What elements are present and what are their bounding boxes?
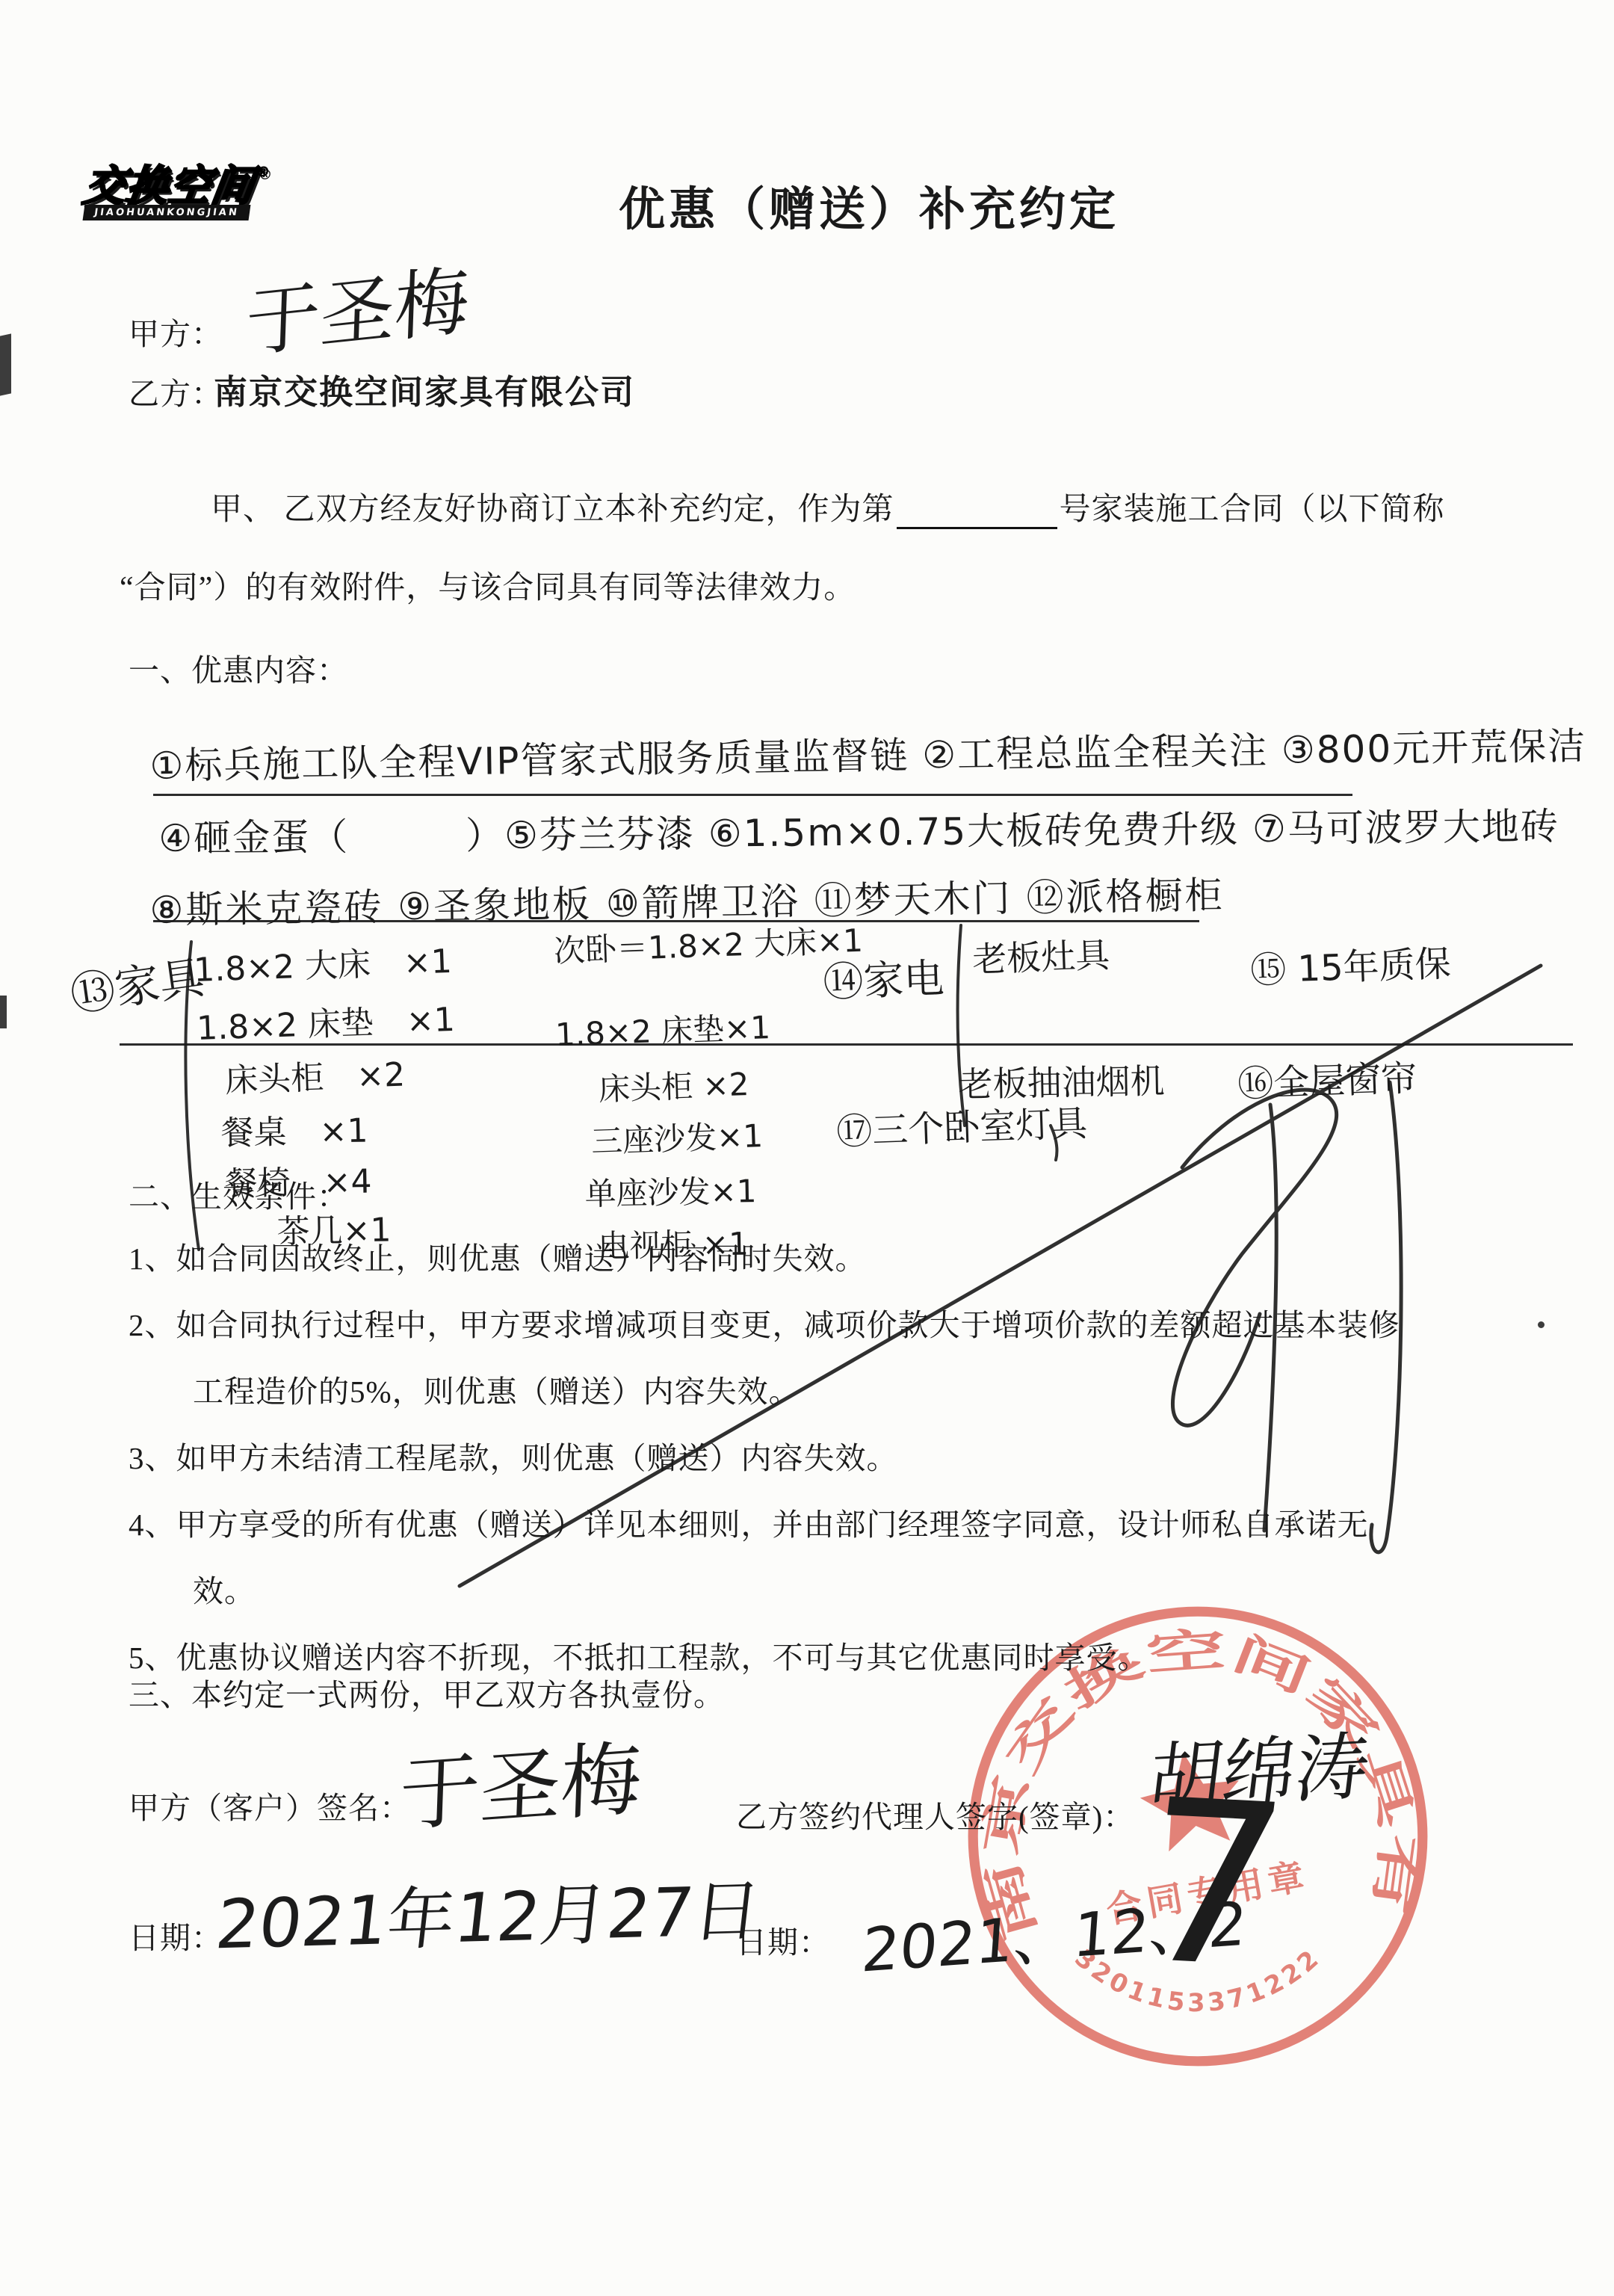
handwritten-offer-line-2: ④砸金蛋（ ）⑤芬兰芬漆 ⑥1.5m×0.75大板砖免费升级 ⑦马可波罗大地砖 [158, 797, 1559, 862]
preamble-line-1: 甲、 乙双方经友好协商订立本补充约定，作为第号家装施工合同（以下简称 [211, 484, 1445, 529]
preamble-text-a: 甲、 乙双方经友好协商订立本补充约定，作为第 [211, 493, 894, 527]
furniture-item: 单座沙发×1 [584, 1167, 757, 1215]
form-rule-line [153, 794, 1352, 796]
furniture-item: 1.8×2 床垫 ×1 [196, 993, 456, 1049]
logo-text: 交换空间 [81, 162, 258, 211]
scanned-contract-page: 交换空间® JIAOHUANKONGJIAN 优惠（赠送）补充约定 甲方： 于圣… [0, 0, 1614, 2296]
party-b-name: 南京交换空间家具有限公司 [214, 365, 635, 413]
appliance-item: 老板灶具 [971, 928, 1110, 982]
furniture-group-label: ⑬家具 [66, 942, 208, 1024]
party-b-sign-label: 乙方签约代理人签字(签章)： [736, 1792, 1134, 1836]
logo-subtext: JIAOHUANKONGJIAN [83, 205, 251, 220]
offer-extra-warranty: ⑮ 15年质保 [1249, 935, 1452, 993]
section-1-heading: 一、优惠内容： [129, 646, 348, 690]
scan-dot-artifact [1538, 1321, 1545, 1328]
logo-wordmark: 交换空间® [81, 166, 271, 208]
party-a-sign-label: 甲方（客户）签名： [129, 1783, 411, 1827]
party-b-date-label: 日期： [736, 1918, 830, 1962]
condition-item: 4、甲方享受的所有优惠（赠送）详见本细则，并由部门经理签字同意，设计师私自承诺无… [129, 1492, 1421, 1625]
condition-item: 1、如合同因故终止，则优惠（赠送）内容同时失效。 [129, 1226, 1421, 1292]
preamble-line-2: “合同”）的有效附件，与该合同具有同等法律效力。 [120, 563, 856, 608]
furniture-item: 餐桌 ×1 [220, 1104, 368, 1154]
furniture-item: 1.8×2 床垫×1 [554, 1003, 771, 1055]
party-b-date-last-digit: 7 [1127, 1770, 1296, 2000]
party-a-signature: 于圣梅 [398, 1713, 644, 1846]
condition-item: 2、如合同执行过程中，甲方要求增减项目变更，减项价款大于增项价款的差额超过基本装… [129, 1292, 1421, 1425]
page-title: 优惠（赠送）补充约定 [619, 172, 1119, 238]
party-a-label: 甲方： [129, 309, 223, 354]
offer-extra-curtains: ⑯全屋窗帘 [1237, 1049, 1417, 1107]
scan-edge-artifact [0, 333, 11, 395]
furniture-item: 三座沙发×1 [590, 1111, 764, 1162]
condition-item: 3、如甲方未结清工程尾款，则优惠（赠送）内容失效。 [129, 1425, 1421, 1492]
furniture-item: 床头柜 ×2 [224, 1048, 406, 1102]
registered-trademark-icon: ® [255, 164, 271, 180]
furniture-item: 床头柜 ×2 [598, 1060, 749, 1110]
conditions-list: 1、如合同因故终止，则优惠（赠送）内容同时失效。 2、如合同执行过程中，甲方要求… [129, 1226, 1421, 1691]
furniture-item: 1.8×2 大床 ×1 [193, 934, 453, 991]
company-logo: 交换空间® JIAOHUANKONGJIAN [84, 166, 268, 220]
party-b-label: 乙方： [129, 369, 223, 413]
appliance-group-label: ⑭家电 [822, 946, 945, 1008]
contract-number-blank [897, 496, 1057, 529]
section-2-heading: 二、生效条件： [129, 1172, 348, 1216]
party-a-date-label: 日期： [129, 1913, 223, 1957]
offer-extra-lamps: ⑰三个卧室灯具 [835, 1094, 1088, 1155]
handwritten-offer-line-1: ①标兵施工队全程VIP管家式服务质量监督链 ②工程总监全程关注 ③800元开荒保… [149, 716, 1587, 790]
section-3-text: 三、本约定一式两份，甲乙双方各执壹份。 [129, 1670, 725, 1715]
party-a-date-handwritten: 2021年12月27日 [211, 1856, 767, 1967]
party-a-handwritten-name: 于圣梅 [244, 240, 471, 372]
scan-edge-artifact [0, 996, 7, 1028]
preamble-text-b: 号家装施工合同（以下简称 [1060, 493, 1445, 527]
